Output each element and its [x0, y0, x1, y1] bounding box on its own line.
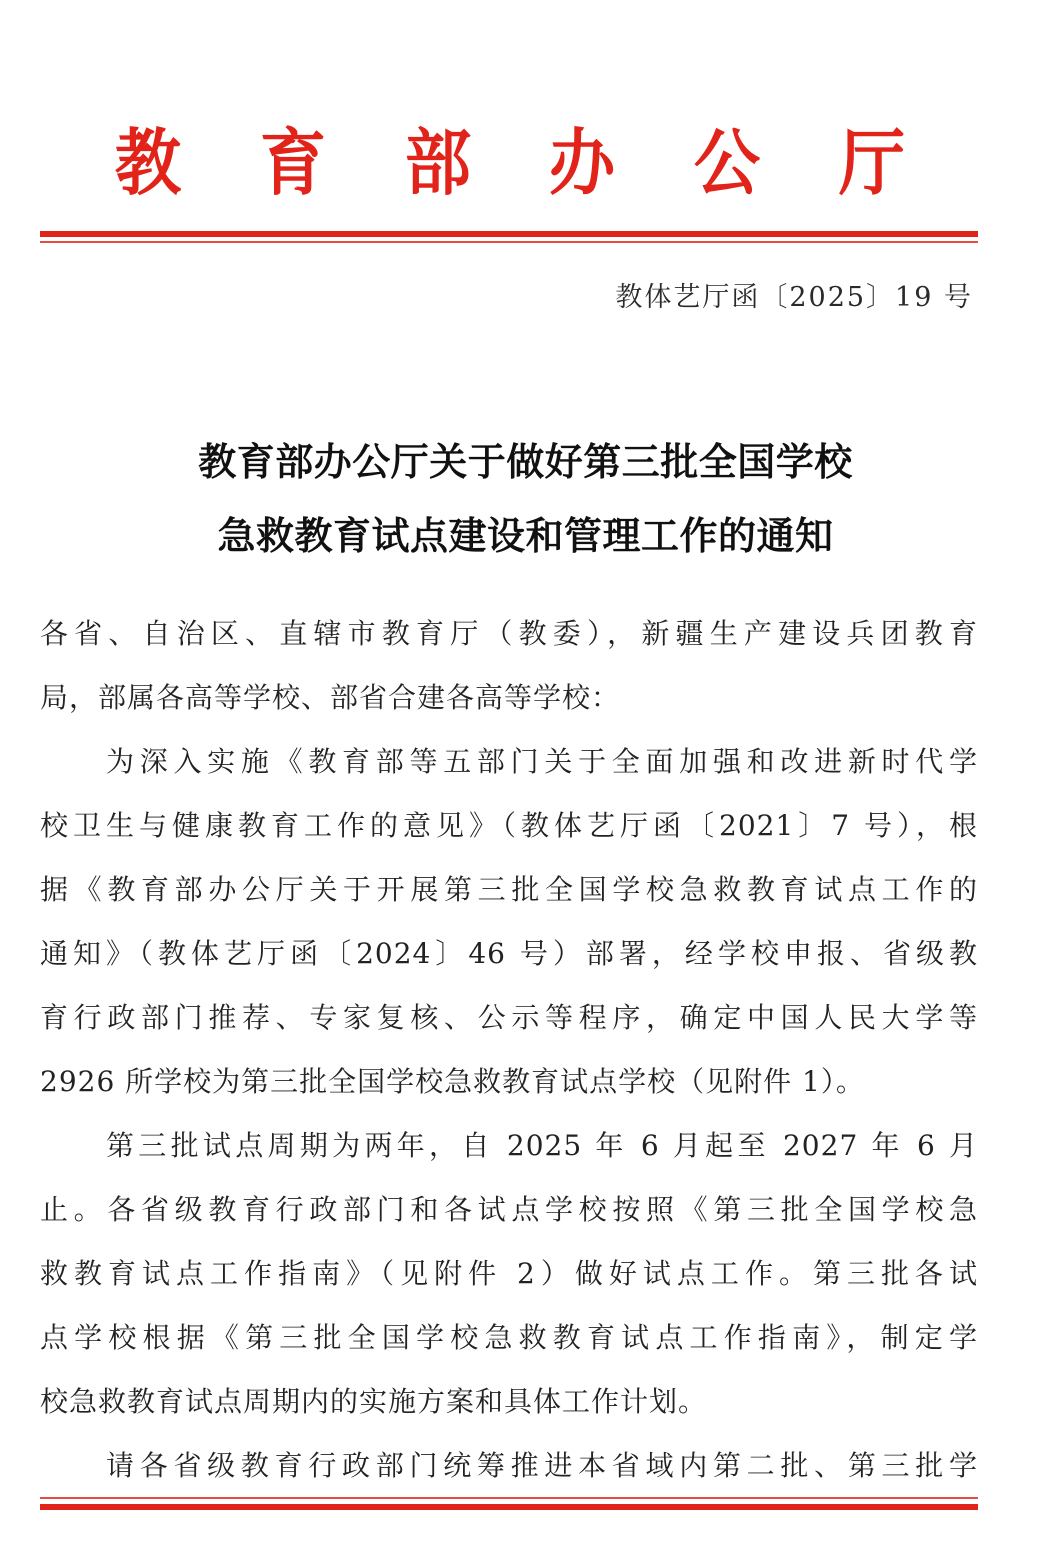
document-title-line-2: 急救教育试点建设和管理工作的通知	[0, 508, 1051, 564]
body-line: 局，部属各高等学校、部省合建各高等学校：	[40, 678, 978, 718]
document-page: 教 育 部 办 公 厅 教体艺厅函〔2025〕19 号 教育部办公厅关于做好第三…	[0, 0, 1051, 1557]
body-line: 通知》（教体艺厅函〔2024〕46 号）部署，经学校申报、省级教	[40, 934, 978, 974]
masthead-char: 厅	[839, 118, 905, 208]
body-line: 止。各省级教育行政部门和各试点学校按照《第三批全国学校急	[40, 1190, 978, 1230]
document-number: 教体艺厅函〔2025〕19 号	[615, 278, 973, 318]
body-line: 为深入实施《教育部等五部门关于全面加强和改进新时代学	[106, 742, 978, 782]
masthead-char: 教	[115, 118, 181, 208]
masthead-char: 部	[404, 118, 470, 208]
masthead-rule-thin	[40, 241, 978, 243]
body-line: 据《教育部办公厅关于开展第三批全国学校急救教育试点工作的	[40, 870, 978, 910]
footer-rule-thick	[40, 1504, 978, 1510]
body-line: 点学校根据《第三批全国学校急救教育试点工作指南》，制定学	[40, 1318, 978, 1358]
masthead-char: 办	[549, 118, 615, 208]
footer-rule-thin	[40, 1497, 978, 1499]
masthead-rule-thick	[40, 231, 978, 237]
document-title-line-1: 教育部办公厅关于做好第三批全国学校	[0, 434, 1051, 490]
masthead-char: 公	[694, 118, 760, 208]
body-line: 请各省级教育行政部门统筹推进本省域内第二批、第三批学	[106, 1446, 978, 1486]
body-line: 校急救教育试点周期内的实施方案和具体工作计划。	[40, 1382, 978, 1422]
body-line: 救教育试点工作指南》（见附件 2）做好试点工作。第三批各试	[40, 1254, 978, 1294]
body-line: 2926 所学校为第三批全国学校急救教育试点学校（见附件 1）。	[40, 1062, 978, 1102]
body-line: 各省、自治区、直辖市教育厅（教委），新疆生产建设兵团教育	[40, 614, 978, 654]
masthead: 教 育 部 办 公 厅	[40, 118, 978, 208]
body-line: 第三批试点周期为两年，自 2025 年 6 月起至 2027 年 6 月	[106, 1126, 978, 1166]
body-line: 育行政部门推荐、专家复核、公示等程序，确定中国人民大学等	[40, 998, 978, 1038]
masthead-char: 育	[260, 118, 326, 208]
body-line: 校卫生与健康教育工作的意见》（教体艺厅函〔2021〕7 号），根	[40, 806, 978, 846]
